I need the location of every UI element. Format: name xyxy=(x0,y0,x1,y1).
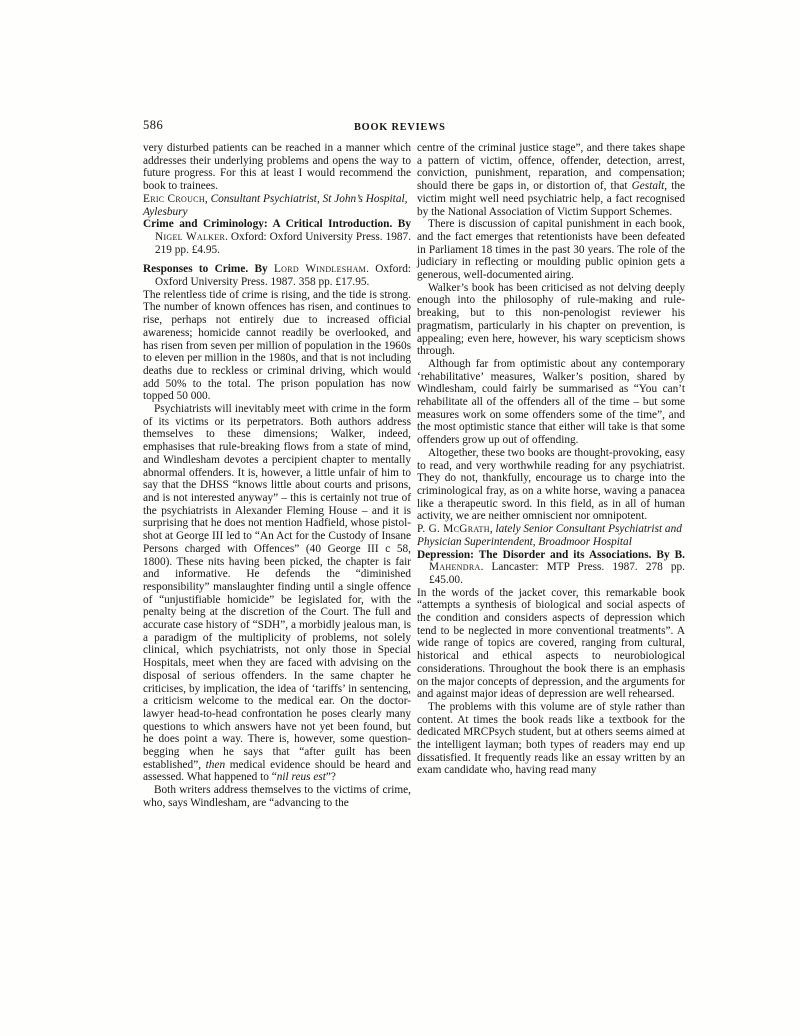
paragraph: Psychiatrists will inevitably meet with … xyxy=(143,403,411,784)
right-column: centre of the criminal justice stage”, a… xyxy=(417,142,685,777)
paragraph: Both writers address themselves to the v… xyxy=(143,784,411,809)
review-signature: P. G. McGrath, lately Senior Consultant … xyxy=(417,523,685,548)
author-name: Mahendra xyxy=(429,561,481,573)
book-heading: Depression: The Disorder and its Associa… xyxy=(417,549,685,587)
book-heading: Crime and Criminology: A Critical Introd… xyxy=(143,218,411,256)
book-title: Depression: The Disorder and its Associa… xyxy=(417,549,685,561)
book-heading: Responses to Crime. By Lord Windlesham. … xyxy=(143,263,411,288)
signature-name: P. G. McGrath xyxy=(417,523,490,535)
book-title: Crime and Criminology: A Critical Introd… xyxy=(143,218,411,230)
paragraph: The problems with this volume are of sty… xyxy=(417,701,685,777)
paragraph: Although far from optimistic about any c… xyxy=(417,358,685,447)
paragraph: In the words of the jacket cover, this r… xyxy=(417,587,685,701)
paragraph: Walker’s book has been criticised as not… xyxy=(417,282,685,358)
text-segment: Psychiatrists will inevitably meet with … xyxy=(143,403,411,771)
author-name: Lord Windlesham xyxy=(274,263,366,275)
review-signature: Eric Crouch, Consultant Psychiatrist, St… xyxy=(143,193,411,218)
paragraph-continuation: very disturbed patients can be reached i… xyxy=(143,142,411,193)
paragraph: Altogether, these two books are thought-… xyxy=(417,447,685,523)
signature-name: Eric Crouch xyxy=(143,193,205,205)
left-column: very disturbed patients can be reached i… xyxy=(143,142,411,810)
book-title: Responses to Crime. By xyxy=(143,263,274,275)
text-segment: Gestalt xyxy=(632,180,665,192)
paragraph-continuation: centre of the criminal justice stage”, a… xyxy=(417,142,685,218)
text-segment: nil reus est xyxy=(277,771,326,783)
journal-page: 586 BOOK REVIEWS very disturbed patients… xyxy=(0,0,800,1036)
paragraph: There is discussion of capital punishmen… xyxy=(417,218,685,282)
text-segment: ”? xyxy=(326,771,336,783)
paragraph: The relentless tide of crime is rising, … xyxy=(143,289,411,403)
running-header: BOOK REVIEWS xyxy=(354,122,446,133)
author-name: Nigel Walker xyxy=(155,231,225,243)
text-segment: then xyxy=(206,759,225,771)
page-number: 586 xyxy=(143,118,163,133)
